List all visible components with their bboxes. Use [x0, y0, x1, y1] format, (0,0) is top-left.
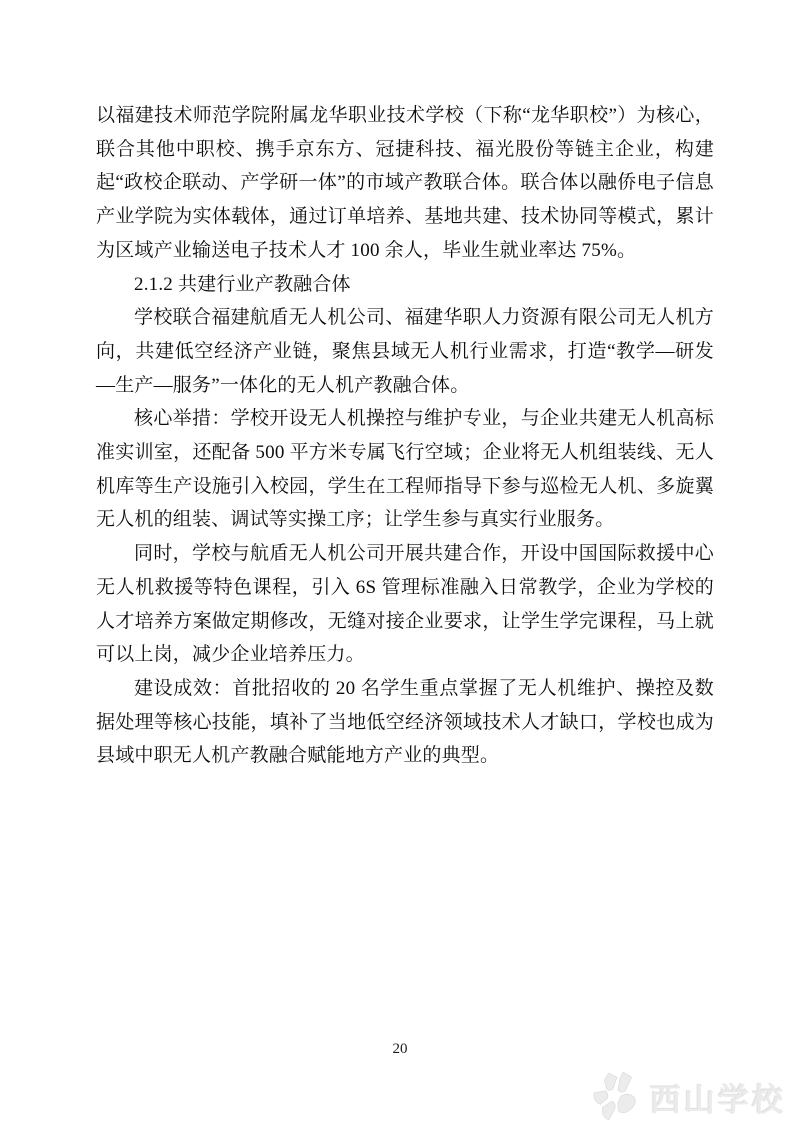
paragraph-core-consortium: 以福建技术师范学院附属龙华职业技术学校（下称“龙华职校”）为核心，联合其他中职校… [96, 99, 714, 268]
paragraph-core-measures: 核心举措：学校开设无人机操控与维护专业，与企业共建无人机高标准实训室，还配备 5… [96, 402, 714, 537]
xishan-school-logo-icon [591, 1071, 643, 1123]
paragraph-construction-results: 建设成效：首批招收的 20 名学生重点掌握了无人机维护、操控及数据处理等核心技能… [96, 672, 714, 773]
page-number: 20 [0, 1041, 800, 1058]
document-page: 以福建技术师范学院附属龙华职业技术学校（下称“龙华职校”）为核心，联合其他中职校… [0, 0, 800, 1131]
watermark: 西山学校 [591, 1071, 786, 1123]
paragraph-drone-consortium-intro: 学校联合福建航盾无人机公司、福建华职人力资源有限公司无人机方向，共建低空经济产业… [96, 301, 714, 402]
document-body: 以福建技术师范学院附属龙华职业技术学校（下称“龙华职校”）为核心，联合其他中职校… [96, 99, 714, 773]
section-heading-2-1-2: 2.1.2 共建行业产教融合体 [96, 268, 714, 302]
watermark-school-name: 西山学校 [650, 1075, 786, 1120]
paragraph-cooperation: 同时，学校与航盾无人机公司开展共建合作，开设中国国际救援中心无人机救援等特色课程… [96, 537, 714, 672]
